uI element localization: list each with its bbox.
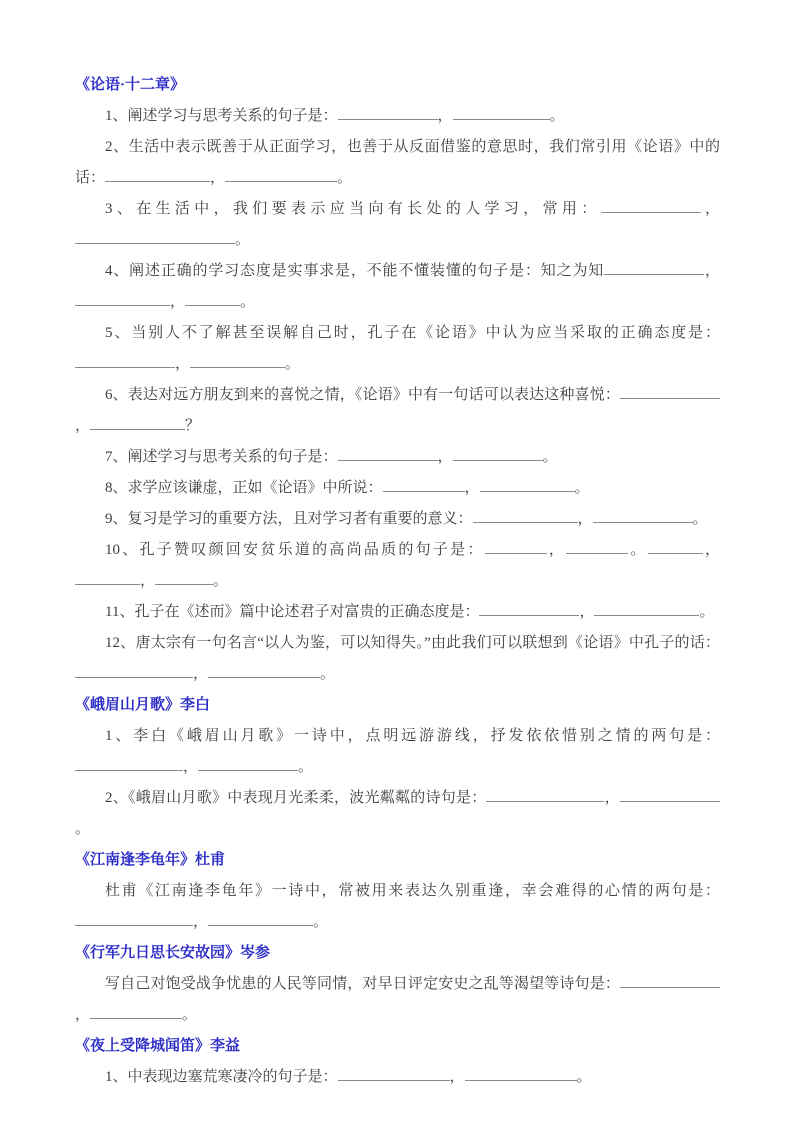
section-heading: 《江南逢李龟年》杜甫 [75,845,720,876]
question-text: ， [210,170,225,186]
question-text: 。 [628,542,648,558]
question-text: 10、孔子赞叹颜回安贫乐道的高尚品质的句子是： [105,542,485,558]
question: 1、阐述学习与思考关系的句子是：，。 [75,101,720,132]
section-heading: 《夜上受降城闻笛》李益 [75,1031,720,1062]
answer-blank [594,602,699,616]
question-text: ， [547,542,567,558]
question: 7、阐述学习与思考关系的句子是：，。 [75,442,720,473]
question-text: 5、当别人不了解甚至误解自己时，孔子在《论语》中认为应当采取的正确态度是： [105,325,720,341]
answer-blank [90,416,185,430]
question-text: 。 [543,449,558,465]
question: 杜甫《江南逢李龟年》一诗中，常被用来表达久别重逢，幸会难得的心情的两句是：，。 [75,876,720,938]
question-text: ， [140,573,155,589]
question-text: 写自己对饱受战争忧患的人民等同情，对早日评定安史之乱等渴望等诗句是： [105,976,620,992]
question-text: ， [704,263,720,279]
answer-blank [75,292,170,306]
question-text: ， [703,542,720,558]
question-text: 。 [693,511,708,527]
question-text: 11、孔子在《述而》篇中论述君子对富贵的正确态度是： [105,604,479,620]
answer-blank [593,509,693,523]
question: 1、李白《峨眉山月歌》一诗中，点明远游游线，抒发依依惜别之情的两句是：，。 [75,721,720,783]
question: 8、求学应该谦虚，正如《论语》中所说：，。 [75,473,720,504]
question-text: 4、阐述正确的学习态度是实事求是，不能不懂装懂的句子是：知之为知 [105,263,604,279]
question: 5、当别人不了解甚至误解自己时，孔子在《论语》中认为应当采取的正确态度是：，。 [75,318,720,380]
document-page: 《论语·十二章》1、阐述学习与思考关系的句子是：，。2、生活中表示既善于从正面学… [0,0,793,1122]
answer-blank [225,168,337,182]
answer-blank [155,571,213,585]
question-text: 7、阐述学习与思考关系的句子是： [105,449,338,465]
answer-blank [480,478,575,492]
question-text: 6、表达对远方朋友到来的喜悦之情，《论语》中有一句话可以表达这种喜悦： [105,387,620,403]
answer-blank [453,106,550,120]
question-text: 。 [75,821,90,837]
question-text: 3、在生活中，我们要表示应当向有长处的人学习，常用： [105,201,601,217]
question-text: ， [579,604,594,620]
answer-blank [338,106,438,120]
question-text: ， [438,108,453,124]
question-text: ， [450,1069,465,1085]
answer-blank [190,354,285,368]
answer-blank [208,664,320,678]
answer-blank [75,230,235,244]
question-text: 。 [235,232,250,248]
question-text: ， [604,790,620,806]
question-text: 1、阐述学习与思考关系的句子是： [105,108,338,124]
question-text: 。 [285,356,300,372]
question-text: ？ [185,418,200,434]
question-text: 1、中表现边塞荒寒凄冷的句子是： [105,1069,338,1085]
answer-blank [383,478,465,492]
question: 3、在生活中，我们要表示应当向有长处的人学习，常用：，。 [75,194,720,256]
answer-blank [75,664,193,678]
question-text: 9、复习是学习的重要方法，且对学习者有重要的意义： [105,511,473,527]
question-text: 。 [213,573,228,589]
document-body: 《论语·十二章》1、阐述学习与思考关系的句子是：，。2、生活中表示既善于从正面学… [75,70,720,1093]
answer-blank [90,1005,182,1019]
answer-blank [465,1067,577,1081]
question: 写自己对饱受战争忧患的人民等同情，对早日评定安史之乱等渴望等诗句是：，。 [75,969,720,1031]
answer-blank [479,602,579,616]
answer-blank [75,912,193,926]
question: 4、阐述正确的学习态度是实事求是，不能不懂装懂的句子是：知之为知，，。 [75,256,720,318]
question-text: 8、求学应该谦虚，正如《论语》中所说： [105,480,383,496]
question-text: ， [75,1007,90,1023]
question: 1、中表现边塞荒寒凄冷的句子是：，。 [75,1062,720,1093]
answer-blank [105,168,210,182]
question-text: 。 [575,480,590,496]
answer-blank [208,912,313,926]
question: 6、表达对远方朋友到来的喜悦之情，《论语》中有一句话可以表达这种喜悦：，？ [75,380,720,442]
question-text: ， [75,418,90,434]
answer-blank [75,757,183,771]
question-text: ， [465,480,480,496]
answer-blank [198,757,298,771]
question: 11、孔子在《述而》篇中论述君子对富贵的正确态度是：，。 [75,597,720,628]
question-text: 。 [298,759,313,775]
section-heading: 《论语·十二章》 [75,70,720,101]
question: 12、唐太宗有一句名言“以人为鉴，可以知得失。”由此我们可以联想到《论语》中孔子… [75,628,720,690]
question-text: ， [183,759,198,775]
question: 2、《峨眉山月歌》中表现月光柔柔，波光粼粼的诗句是：，。 [75,783,720,845]
question: 10、孔子赞叹颜回安贫乐道的高尚品质的句子是：，。，，。 [75,535,720,597]
question: 9、复习是学习的重要方法，且对学习者有重要的意义：，。 [75,504,720,535]
question-text: 。 [337,170,352,186]
question-text: ， [170,294,185,310]
question-text: ， [193,666,208,682]
answer-blank [486,788,604,802]
question-text: 。 [550,108,565,124]
answer-blank [648,540,703,554]
question-text: ， [701,201,720,217]
answer-blank [566,540,628,554]
question-text: 12、唐太宗有一句名言“以人为鉴，可以知得失。”由此我们可以联想到《论语》中孔子… [105,635,720,651]
answer-blank [604,261,704,275]
question-text: 。 [240,294,255,310]
question: 2、生活中表示既善于从正面学习，也善于从反面借鉴的意思时，我们常引用《论语》中的… [75,132,720,194]
answer-blank [75,354,175,368]
question-text: 2、《峨眉山月歌》中表现月光柔柔，波光粼粼的诗句是： [105,790,486,806]
question-text: 杜甫《江南逢李龟年》一诗中，常被用来表达久别重逢，幸会难得的心情的两句是： [105,883,720,899]
question-text: ， [438,449,453,465]
question-text: 1、李白《峨眉山月歌》一诗中，点明远游游线，抒发依依惜别之情的两句是： [105,728,720,744]
answer-blank [185,292,240,306]
question-text: ， [578,511,593,527]
answer-blank [620,788,720,802]
answer-blank [485,540,547,554]
question-text: 。 [313,914,328,930]
question-text: ， [193,914,208,930]
answer-blank [453,447,543,461]
answer-blank [473,509,578,523]
question-text: 。 [182,1007,197,1023]
section-heading: 《峨眉山月歌》李白 [75,690,720,721]
question-text: ， [175,356,190,372]
answer-blank [601,199,701,213]
question-text: 。 [577,1069,592,1085]
answer-blank [75,571,140,585]
answer-blank [620,974,720,988]
answer-blank [338,447,438,461]
question-text: 。 [320,666,335,682]
section-heading: 《行军九日思长安故园》岑参 [75,938,720,969]
question-text: 。 [699,604,714,620]
answer-blank [338,1067,450,1081]
answer-blank [620,385,720,399]
